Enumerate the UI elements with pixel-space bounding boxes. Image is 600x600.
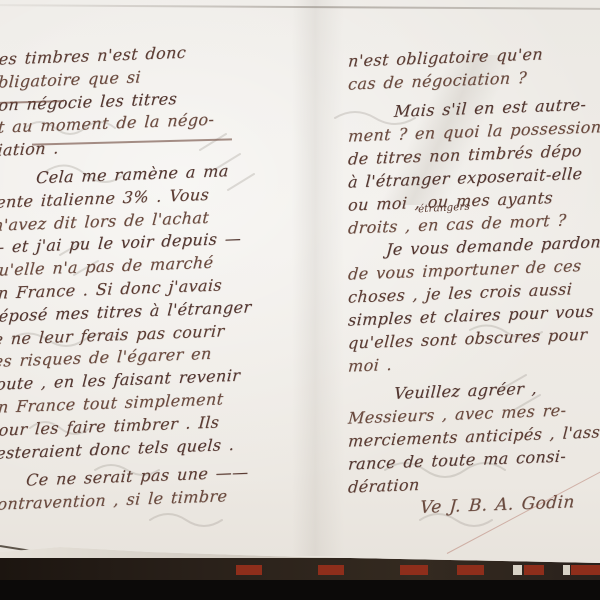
calibration-segment-red [524,565,544,575]
notebook-paper: des timbres n'est donc obligatoire que s… [0,0,600,600]
photo-background-bottom [0,580,600,600]
calibration-segment-red [318,565,344,575]
right-page-text: n'est obligatoire qu'en cas de négociati… [336,52,600,524]
book-bottom-edge [0,558,600,582]
calibration-segment-red [457,565,484,575]
calibration-segment-white [513,565,522,575]
calibration-segment-red [571,565,600,575]
calibration-segment-white [563,565,570,575]
left-page-text: des timbres n'est donc obligatoire que s… [0,50,318,518]
calibration-segment-red [236,565,262,575]
letter-scan: des timbres n'est donc obligatoire que s… [0,0,600,600]
calibration-segment-red [400,565,428,575]
